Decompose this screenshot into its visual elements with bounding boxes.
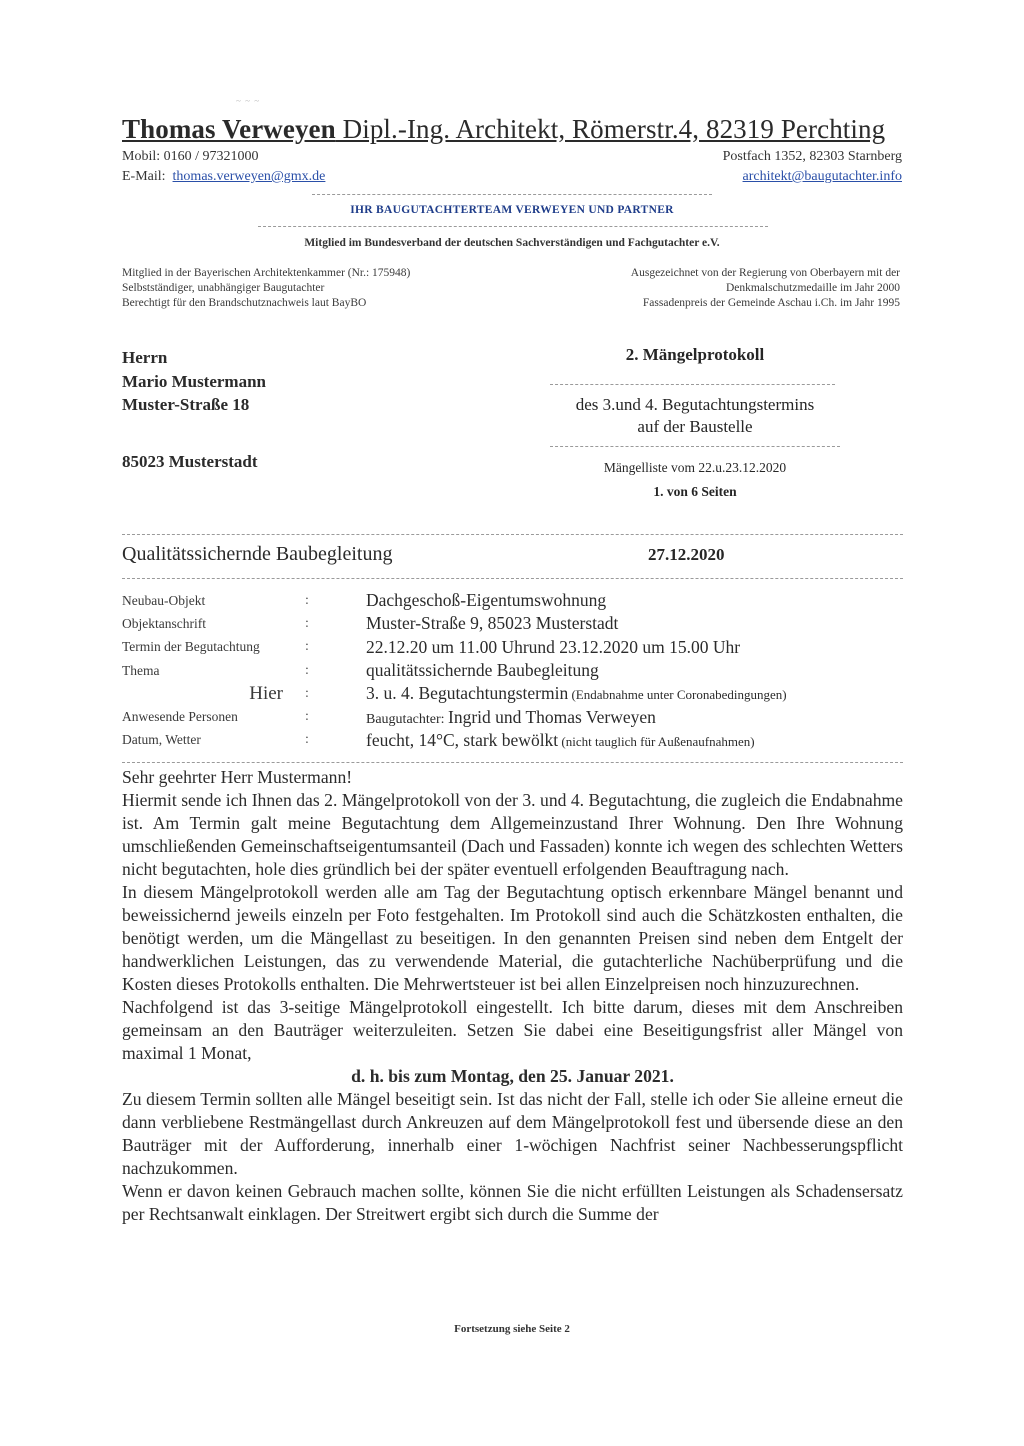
table-row: Hier : 3. u. 4. Begutachtungstermin (End…: [122, 682, 787, 705]
page-count: 1. von 6 Seiten: [530, 484, 860, 500]
table-row: Anwesende Personen : Baugutachter: Ingri…: [122, 705, 787, 728]
info-value: feucht, 14°C, stark bewölkt (nicht taugl…: [366, 729, 787, 752]
table-row: Objektanschrift : Muster-Straße 9, 85023…: [122, 612, 787, 635]
letter-body: Sehr geehrter Herr Mustermann! Hiermit s…: [122, 766, 903, 1226]
email-alt-link[interactable]: architekt@baugutachter.info: [743, 169, 902, 185]
info-key: Datum, Wetter: [122, 729, 305, 752]
protocol-subtitle-line: auf der Baustelle: [530, 416, 860, 438]
divider: [550, 446, 840, 447]
mobile-number: Mobil: 0160 / 97321000: [122, 149, 259, 165]
letter-paragraph: Wenn er davon keinen Gebrauch machen sol…: [122, 1180, 903, 1226]
info-key: Anwesende Personen: [122, 705, 305, 728]
divider: [122, 762, 903, 763]
page-continuation-note: Fortsetzung siehe Seite 2: [0, 1323, 1024, 1335]
table-row: Datum, Wetter : feucht, 14°C, stark bewö…: [122, 729, 787, 752]
credentials-left: Mitglied in der Bayerischen Architektenk…: [122, 266, 410, 311]
info-value: Baugutachter: Ingrid und Thomas Verweyen: [366, 705, 787, 728]
list-date: Mängelliste vom 22.u.23.12.2020: [530, 460, 860, 476]
info-separator: :: [305, 729, 366, 752]
letter-paragraph: In diesem Mängelprotokoll werden alle am…: [122, 881, 903, 996]
email-label: E-Mail:: [122, 169, 166, 184]
membership-line: Mitglied im Bundesverband der deutschen …: [0, 237, 1024, 249]
scan-artifact: ~ ~ ~: [236, 96, 260, 106]
postfach-address: Postfach 1352, 82303 Starnberg: [723, 149, 902, 165]
recipient-salutation: Herrn: [122, 346, 266, 370]
table-row: Neubau-Objekt : Dachgeschoß-Eigentumswoh…: [122, 589, 787, 612]
credential-line: Berechtigt für den Brandschutznachweis l…: [122, 296, 410, 311]
letter-deadline: d. h. bis zum Montag, den 25. Januar 202…: [122, 1065, 903, 1088]
info-separator: :: [305, 682, 366, 705]
info-value: qualitätssichernde Baubegleitung: [366, 659, 787, 682]
recipient-address: Herrn Mario Mustermann Muster-Straße 18 …: [122, 346, 266, 473]
info-key: Objektanschrift: [122, 612, 305, 635]
protocol-title: 2. Mängelprotokoll: [530, 345, 860, 365]
info-separator: :: [305, 612, 366, 635]
info-key: Thema: [122, 659, 305, 682]
letterhead-title: Thomas Verweyen Dipl.-Ing. Architekt, Rö…: [122, 114, 885, 145]
info-note: (nicht tauglich für Außenaufnahmen): [558, 734, 754, 749]
divider: [312, 194, 712, 195]
info-separator: :: [305, 589, 366, 612]
architect-name: Thomas Verweyen: [122, 114, 336, 144]
credential-line: Selbstständiger, unabhängiger Baugutacht…: [122, 281, 410, 296]
award-line: Denkmalschutzmedaille im Jahr 2000: [631, 281, 900, 296]
info-separator: :: [305, 705, 366, 728]
document-page: ~ ~ ~ Thomas Verweyen Dipl.-Ing. Archite…: [0, 0, 1024, 1446]
info-note: (Endabnahme unter Coronabedingungen): [568, 687, 786, 702]
letter-paragraph: Zu diesem Termin sollten alle Mängel bes…: [122, 1088, 903, 1180]
info-value: Muster-Straße 9, 85023 Musterstadt: [366, 612, 787, 635]
info-separator: :: [305, 636, 366, 659]
protocol-subtitle-line: des 3.und 4. Begutachtungstermins: [530, 394, 860, 416]
award-line: Fassadenpreis der Gemeinde Aschau i.Ch. …: [631, 296, 900, 311]
info-key: Termin der Begutachtung: [122, 636, 305, 659]
credential-line: Mitglied in der Bayerischen Architektenk…: [122, 266, 410, 281]
divider: [122, 578, 903, 579]
divider: [258, 226, 768, 227]
team-banner: IHR BAUGUTACHTERTEAM VERWEYEN UND PARTNE…: [0, 204, 1024, 216]
table-row: Thema : qualitätssichernde Baubegleitung: [122, 659, 787, 682]
info-value: 22.12.20 um 11.00 Uhrund 23.12.2020 um 1…: [366, 636, 787, 659]
info-value: 3. u. 4. Begutachtungstermin (Endabnahme…: [366, 682, 787, 705]
letter-greeting: Sehr geehrter Herr Mustermann!: [122, 766, 903, 789]
divider: [122, 534, 903, 535]
email-link[interactable]: thomas.verweyen@gmx.de: [173, 169, 326, 184]
recipient-street: Muster-Straße 18: [122, 393, 266, 417]
letter-paragraph: Hiermit sende ich Ihnen das 2. Mängelpro…: [122, 789, 903, 881]
section-date: 27.12.2020: [648, 545, 725, 565]
recipient-name: Mario Mustermann: [122, 370, 266, 394]
recipient-city: 85023 Musterstadt: [122, 450, 266, 474]
award-line: Ausgezeichnet von der Regierung von Ober…: [631, 266, 900, 281]
protocol-subtitle: des 3.und 4. Begutachtungstermins auf de…: [530, 394, 860, 438]
info-key: Neubau-Objekt: [122, 589, 305, 612]
divider: [550, 384, 835, 385]
letter-paragraph: Nachfolgend ist das 3-seitige Mängelprot…: [122, 996, 903, 1065]
awards-right: Ausgezeichnet von der Regierung von Ober…: [631, 266, 900, 311]
section-title: Qualitätssichernde Baubegleitung: [122, 543, 392, 566]
table-row: Termin der Begutachtung : 22.12.20 um 11…: [122, 636, 787, 659]
info-value: Dachgeschoß-Eigentumswohnung: [366, 589, 787, 612]
email-row: E-Mail: thomas.verweyen@gmx.de: [122, 169, 325, 185]
info-key: Hier: [122, 682, 305, 705]
info-separator: :: [305, 659, 366, 682]
architect-title-address: Dipl.-Ing. Architekt, Römerstr.4, 82319 …: [336, 114, 885, 144]
info-prefix: Baugutachter:: [366, 712, 448, 727]
project-info-table: Neubau-Objekt : Dachgeschoß-Eigentumswoh…: [122, 589, 787, 752]
